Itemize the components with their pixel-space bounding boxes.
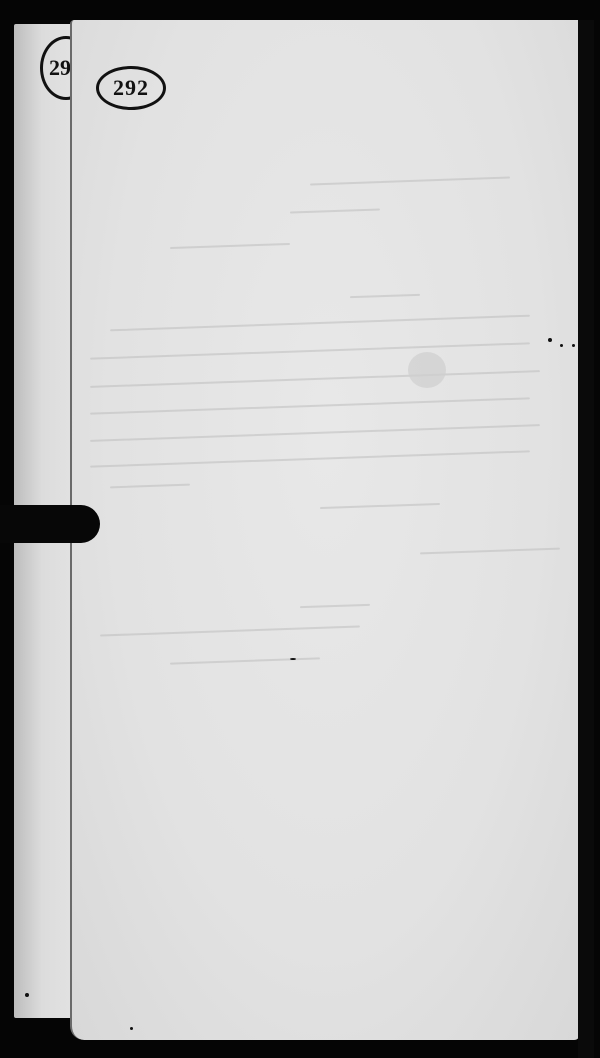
ink-speck — [560, 344, 563, 347]
folio-number: 292 — [96, 66, 166, 110]
stain — [408, 352, 446, 388]
ink-speck — [548, 338, 552, 342]
ink-speck — [25, 993, 29, 997]
scan-edge — [578, 20, 594, 1058]
ink-speck — [572, 344, 575, 347]
page-tab-marker — [0, 505, 100, 543]
manuscript-page — [70, 20, 580, 1040]
ink-speck — [290, 658, 296, 660]
ink-speck — [130, 1027, 133, 1030]
